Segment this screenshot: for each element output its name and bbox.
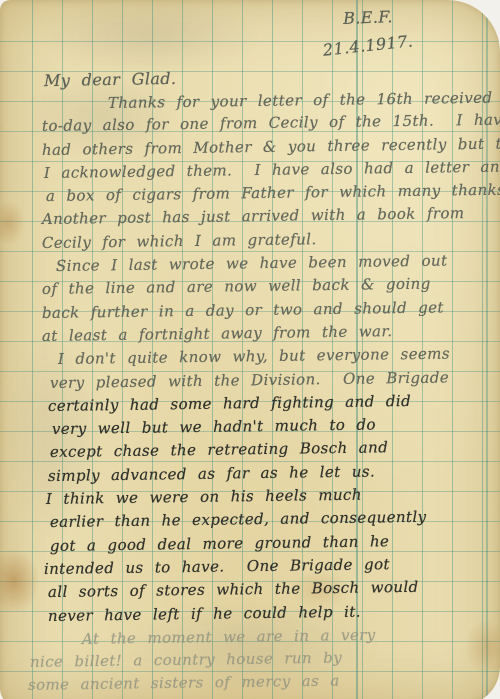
showthrough-smudge [40,2,260,72]
letter-date: 21.4.1917. [297,29,438,63]
stain [0,200,26,246]
letter-unit: B.E.F. [298,6,439,30]
letter-paper: B.E.F. 21.4.1917. My dear Glad. Thanks f… [0,0,500,699]
letter-line: some ancient sisters of mercy as a [28,668,490,698]
letter-body: Thanks for your letter of the 16th recei… [42,92,490,698]
letter-salutation: My dear Glad. [44,69,177,90]
letter-header: B.E.F. 21.4.1917. [298,8,438,55]
photo-background: B.E.F. 21.4.1917. My dear Glad. Thanks f… [0,0,500,699]
stain [0,548,40,614]
